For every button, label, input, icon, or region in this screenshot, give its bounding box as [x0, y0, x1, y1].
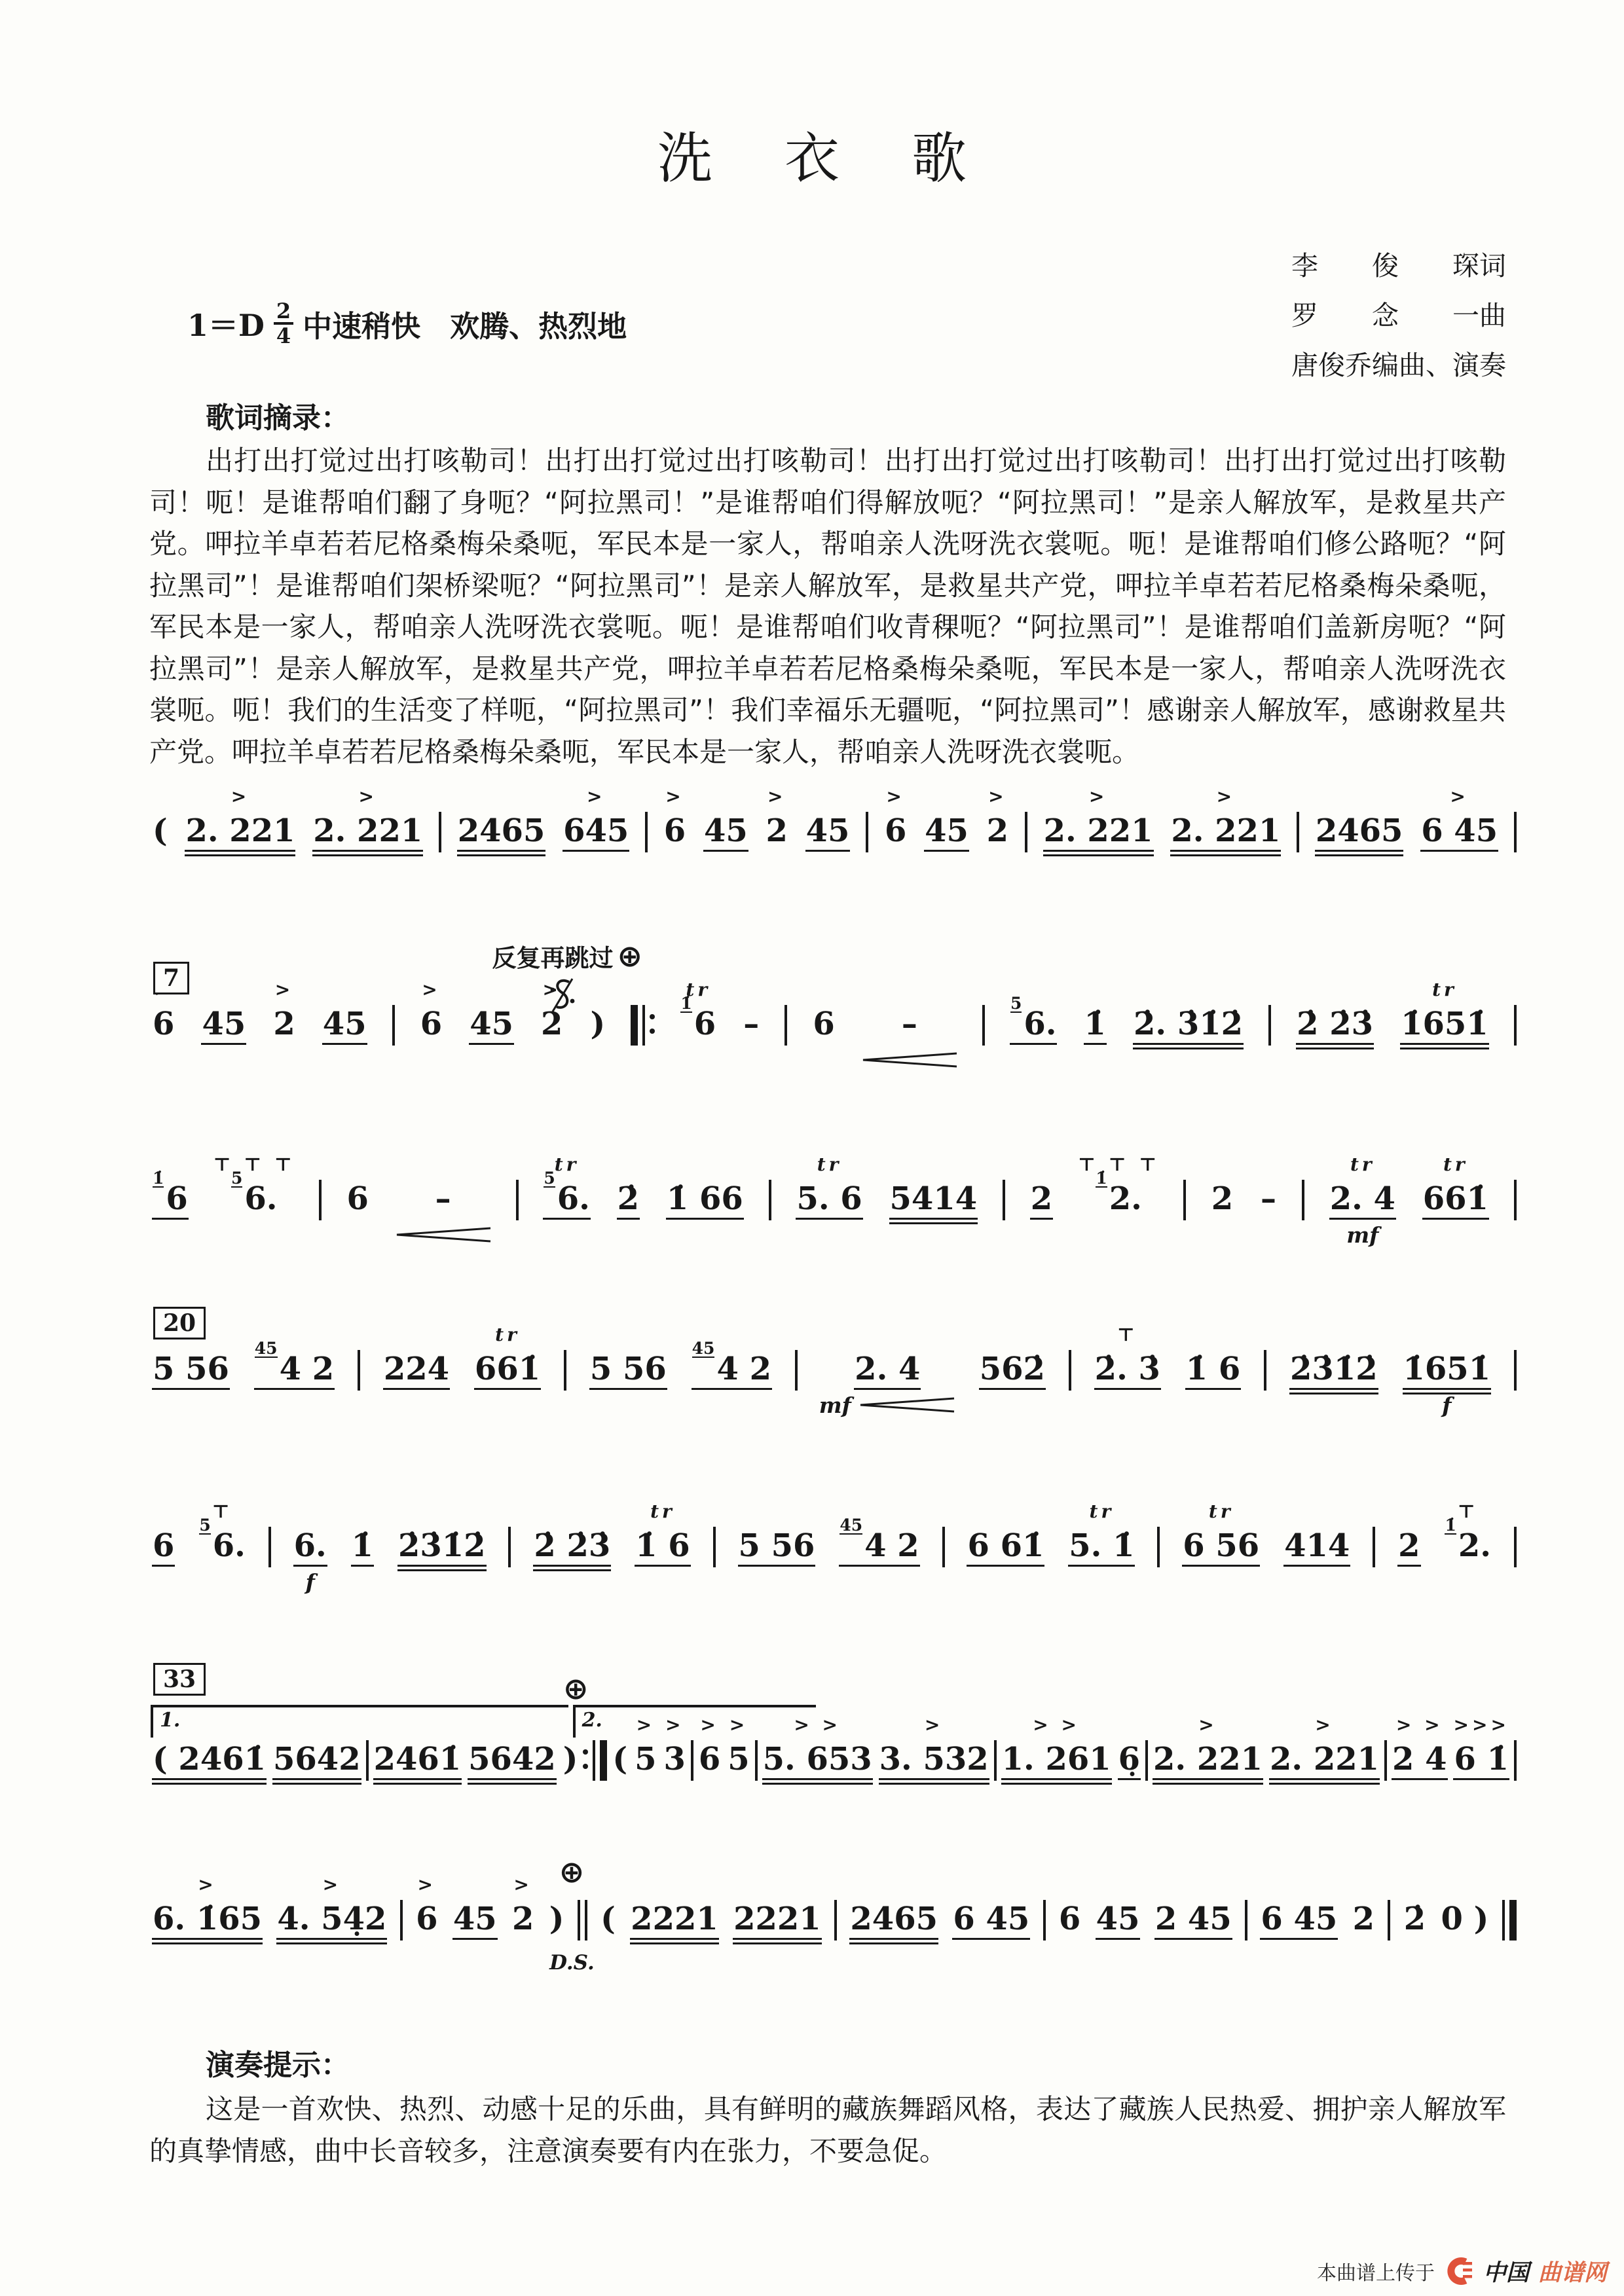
note-group: ⊤56. — [197, 1501, 248, 1595]
ornament-mark: > — [1450, 786, 1468, 812]
dynamic-mark — [1454, 1222, 1457, 1248]
dynamic-mark — [1418, 1782, 1421, 1808]
dynamic-mark — [932, 1222, 935, 1248]
note-text: 2 — [1209, 1181, 1235, 1222]
ornament-mark — [219, 979, 229, 1005]
music-line-6: 331.2.⊕ ( 2461̇ 5642 2461̇ 5642 ) ( >5 >… — [151, 1714, 1517, 1812]
note-group: 1̇6 — [151, 1154, 190, 1248]
music-line-2: 7反复再跳过⊕>6 45 >2 45 >6 45 >2 ) tr1̇6 – 6 … — [151, 979, 1517, 1077]
note-group: 2221 — [629, 1874, 720, 1968]
ornament-mark — [1442, 1324, 1452, 1350]
time-signature: 2 4 — [274, 300, 293, 347]
note-group: 2̇ — [616, 1154, 641, 1248]
crescendo-hairpin-icon — [858, 1396, 956, 1413]
dynamic-mark — [440, 1569, 443, 1595]
dynamic-mark — [1362, 1942, 1365, 1968]
note-text: 2 4 — [1390, 1741, 1449, 1782]
page-title: 洗衣歌 — [0, 115, 1624, 194]
note-text: 45 — [923, 813, 970, 854]
note-text: 6 61̇ — [965, 1528, 1046, 1569]
note-text: 5414 — [888, 1181, 980, 1222]
note-text: 2̇ — [616, 1181, 641, 1222]
ornament-mark: tr — [1350, 1154, 1375, 1180]
ornament-mark: > — [275, 979, 293, 1005]
note-group: 6.f — [292, 1501, 329, 1595]
ornament-mark: ⊤ ⊤ ⊤ — [213, 1154, 295, 1180]
note-group: 2̇ 2̇3̇ — [532, 1501, 612, 1595]
note-text: 56. — [1008, 1006, 1059, 1047]
ornament-mark — [1001, 1501, 1011, 1527]
note-group: >2. 221 — [1042, 786, 1155, 880]
barline-single — [1145, 1714, 1148, 1781]
dynamic-mark: mf — [819, 1392, 956, 1418]
ornament-mark — [727, 1324, 737, 1350]
dynamic-mark — [550, 1047, 553, 1073]
dynamic-mark — [282, 1047, 286, 1073]
note-group: 2 — [1029, 1154, 1054, 1248]
dynamic-mark — [775, 1942, 779, 1968]
ornament-mark — [496, 786, 506, 812]
note-text: 2̇ 2̇3̇ — [532, 1528, 612, 1569]
note-group: tr1̇ 6 — [633, 1501, 692, 1595]
note-text: 5. 6 — [794, 1181, 864, 1222]
note-text: 2 — [539, 1006, 564, 1047]
note-text: 5. 1̇ — [1067, 1528, 1136, 1569]
note-group: > >2 4 — [1390, 1714, 1449, 1808]
ornament-mark — [1329, 1324, 1338, 1350]
ornament-mark — [986, 1874, 996, 1900]
note-text: 2. 221 — [183, 813, 297, 854]
dynamic-text: f — [306, 1569, 315, 1595]
barline-single — [834, 1874, 837, 1941]
note-text: 2. 221 — [1268, 1741, 1381, 1782]
note-group: 2̇ — [1402, 1874, 1428, 1968]
note-text: 5. 653 — [761, 1741, 874, 1782]
note-group: 1̇ 6 — [1184, 1324, 1243, 1418]
repeat-instruction-text: 反复再跳过 — [492, 938, 614, 974]
ornament-mark: > — [418, 1874, 436, 1900]
dynamic-mark — [893, 1942, 896, 1968]
dynamic-mark — [1187, 1047, 1190, 1073]
grace-note: 1̇ — [1096, 1170, 1107, 1188]
dynamic-mark — [521, 1942, 525, 1968]
ornament-mark — [819, 979, 829, 1005]
dynamic-mark — [730, 1392, 733, 1418]
ornament-mark — [1294, 1874, 1304, 1900]
ornament-mark — [1354, 786, 1364, 812]
barline-single — [1264, 1324, 1266, 1391]
note-text: 2 — [985, 813, 1010, 854]
barline-single — [1297, 786, 1299, 852]
note-text: 6 — [1057, 1901, 1082, 1942]
note-group: tr1̇6 — [678, 979, 718, 1073]
note-text: – — [741, 1006, 761, 1047]
note-text: – — [434, 1181, 453, 1222]
repeat-instruction: 反复再跳过⊕ — [492, 938, 643, 974]
dynamic-mark — [1040, 1222, 1043, 1248]
barline-repstart — [631, 979, 655, 1046]
dynamic-mark — [238, 854, 242, 880]
dynamic-mark: mf — [1346, 1222, 1378, 1248]
ornament-mark: > — [587, 786, 605, 812]
note-text: 2. 221 — [1042, 813, 1155, 854]
note-text: ( — [151, 813, 170, 854]
ornament-mark — [593, 979, 603, 1005]
ornament-mark: tr — [1209, 1501, 1234, 1527]
note-text: 454 2 — [253, 1351, 336, 1392]
note-text: 45 — [1094, 1901, 1142, 1942]
note-group: ( — [151, 786, 170, 880]
note-text: ) — [589, 1006, 608, 1047]
ornament-mark — [623, 1154, 633, 1180]
ornament-mark — [305, 1501, 315, 1527]
barline-single — [982, 979, 985, 1046]
ornament-mark — [747, 979, 756, 1005]
dynamic-mark — [206, 1942, 209, 1968]
note-text: 454 2 — [690, 1351, 773, 1392]
ornament-mark: tr — [650, 1501, 675, 1527]
note-group: tr661̇ — [1421, 1154, 1490, 1248]
dynamic-mark: f — [306, 1569, 315, 1595]
crescendo-hairpin-icon — [394, 1226, 492, 1243]
note-group: tr56. — [542, 1154, 592, 1248]
note-group: – — [741, 979, 761, 1073]
barline-single — [1373, 1501, 1375, 1567]
note-group: >2 — [985, 786, 1010, 880]
measure-number-label: 7 — [153, 962, 189, 994]
note-group: >>>6 1̇ — [1452, 1714, 1511, 1808]
dynamic-mark — [569, 1782, 572, 1808]
note-text: 3. 532 — [877, 1741, 991, 1782]
grace-note: 1̇ — [680, 995, 692, 1013]
watermark: 本曲谱上传于 中国 曲谱网 — [1317, 2255, 1607, 2287]
barline-single — [1245, 1874, 1247, 1941]
dynamic-mark — [500, 854, 503, 880]
dynamic-mark — [1211, 1392, 1215, 1418]
dynamic-mark — [860, 1047, 959, 1073]
dynamic-mark — [822, 1047, 826, 1073]
note-group: 2̇3̇1̇2̇ — [396, 1501, 488, 1595]
note-group: >645 — [561, 786, 631, 880]
note-text: 2461̇ — [372, 1741, 464, 1782]
ornament-mark — [823, 786, 833, 812]
barline-single — [1069, 1324, 1071, 1391]
ornament-mark — [437, 1501, 447, 1527]
ornament-mark — [1037, 1154, 1046, 1180]
dynamic-mark — [208, 1782, 211, 1808]
ornament-mark — [1264, 1154, 1274, 1180]
notation-row: 6 ⊤56. 6.f 1̇ 2̇3̇1̇2̇ 2̇ 2̇3̇ tr1̇ 6 5 … — [151, 1501, 1517, 1595]
barline-single — [795, 1324, 798, 1391]
note-text: 2 — [510, 1901, 536, 1942]
tempo-line: 1＝D 2 4 中速稍快 欢腾、热烈地 — [187, 300, 627, 347]
credit-lyricist: 李 俊 琛词 — [1291, 241, 1506, 291]
note-group: tr661̇ — [473, 1324, 542, 1418]
note-group: >4. 54̣2 — [275, 1874, 388, 1968]
ornament-mark: ⊤ — [1458, 1501, 1479, 1527]
ornament-mark — [487, 979, 496, 1005]
ornament-mark — [1460, 1874, 1470, 1900]
note-group: 6 61̇ — [965, 1501, 1046, 1595]
note-text: 6 — [344, 1181, 370, 1222]
dynamic-mark — [596, 1047, 599, 1073]
credit-composer: 罗 念 一曲 — [1291, 291, 1506, 340]
note-text: 6 45 — [1259, 1901, 1339, 1942]
note-text: 6. — [292, 1528, 329, 1569]
note-group: 6 — [1057, 1874, 1082, 1968]
ornament-mark — [358, 1501, 367, 1527]
note-group: 224 — [382, 1324, 451, 1418]
dynamic-mark — [1443, 1047, 1446, 1073]
dynamic-mark — [1332, 1392, 1335, 1418]
ornament-mark — [158, 1501, 168, 1527]
barline-single — [1043, 1874, 1046, 1941]
ornament-mark: > — [198, 1874, 216, 1900]
dynamic-mark — [222, 1047, 225, 1073]
dynamic-mark — [343, 1047, 346, 1073]
note-text: 45 — [200, 1006, 248, 1047]
dynamic-mark — [1004, 1569, 1007, 1595]
barline-single — [1268, 979, 1271, 1046]
ornament-mark — [1029, 979, 1039, 1005]
ornament-mark — [353, 1154, 363, 1180]
dynamic-mark — [606, 1942, 610, 1968]
barline-single — [1183, 1154, 1186, 1220]
note-text: 4. 54̣2 — [275, 1901, 388, 1942]
grace-note: 45 — [255, 1340, 278, 1358]
note-group: >2. 221 — [183, 786, 297, 880]
music-line-4: 20 5 56 454 2 224 tr661̇ 5 56 454 2 2. 4… — [151, 1324, 1517, 1422]
note-group: 6̣ — [1116, 1714, 1142, 1808]
notation-row: >6 45 >2 45 >6 45 >2 ) tr1̇6 – 6 – 56. 1… — [151, 979, 1517, 1073]
note-text: 1̇2. — [1443, 1528, 1493, 1569]
note-group: 45 — [702, 786, 750, 880]
note-group: 45 — [321, 979, 369, 1073]
dynamic-mark — [989, 1942, 993, 1968]
ornament-mark: ⊤ — [212, 1501, 233, 1527]
dynamic-mark — [1224, 854, 1227, 880]
note-text: 2̇3̇1̇2̇ — [1288, 1351, 1380, 1392]
note-group: ⊤2̇. 3̇ — [1093, 1324, 1162, 1418]
dynamic-mark — [1128, 1782, 1131, 1808]
dynamic-mark — [1407, 1569, 1411, 1595]
note-text: 6 — [151, 1006, 176, 1047]
dynamic-mark — [473, 1942, 477, 1968]
ornament-mark: > > — [1033, 1714, 1080, 1740]
note-group: 1̇ — [1082, 979, 1108, 1073]
note-text: 5 — [726, 1741, 751, 1782]
note-group: 2 — [1351, 1874, 1376, 1968]
notation-row: 5 56 454 2 224 tr661̇ 5 56 454 2 2. 4mf … — [151, 1324, 1517, 1418]
note-group: 2̇3̇1̇2̇ — [1288, 1324, 1380, 1418]
barline-single — [358, 1324, 360, 1391]
note-text: 661̇ — [1421, 1181, 1490, 1222]
barline-single — [1514, 1324, 1517, 1391]
dynamic-mark — [162, 1047, 165, 1073]
note-text: 2 — [1351, 1901, 1376, 1942]
ornament-mark: > — [925, 1714, 943, 1740]
note-group: – — [1259, 1154, 1278, 1248]
barline-single — [508, 1501, 511, 1567]
credits-block: 李 俊 琛词 罗 念 一曲 唐俊乔编曲、演奏 — [1291, 241, 1506, 390]
note-text: 414 — [1282, 1528, 1352, 1569]
ornament-mark: tr — [1443, 1154, 1468, 1180]
note-text: 2. 221 — [1169, 813, 1282, 854]
barline-single — [1384, 1714, 1387, 1781]
note-group: tr6 56 — [1181, 1501, 1261, 1595]
note-group: 5 56 — [737, 1501, 817, 1595]
ornament-mark — [670, 1874, 680, 1900]
dynamic-mark — [1221, 1222, 1224, 1248]
note-text: 6 45 — [1419, 813, 1500, 854]
notation-row: ( >2. 221 >2. 221 2465 >645 >6 45 >2 45 … — [151, 786, 1517, 880]
ornament-mark — [155, 786, 165, 812]
dynamic-mark — [1117, 1222, 1120, 1248]
volta-1-bracket: 1. — [151, 1705, 568, 1738]
ornament-mark — [904, 979, 914, 1005]
ornament-mark: tr — [817, 1154, 842, 1180]
ornament-mark — [772, 1501, 782, 1527]
note-text: 6 — [883, 813, 908, 854]
note-group: 45 — [1094, 1874, 1142, 1968]
dynamic-mark — [1316, 1569, 1319, 1595]
ornament-mark: > — [988, 786, 1006, 812]
barline-single — [645, 786, 648, 852]
note-group: >2. 221 — [1268, 1714, 1381, 1808]
note-text: 1̇2. — [1094, 1181, 1144, 1222]
dynamic-mark — [816, 1782, 819, 1808]
note-text: 2465 — [848, 1901, 940, 1942]
note-group: 454 2 — [838, 1501, 921, 1595]
note-group: ) — [589, 979, 608, 1073]
note-group: 2 — [1209, 1154, 1235, 1248]
dynamic-mark — [627, 1222, 630, 1248]
ornament-mark — [1124, 1714, 1134, 1740]
note-group: ⊤ ⊤ ⊤56. — [213, 1154, 295, 1248]
dynamic-mark — [828, 1222, 831, 1248]
lyrics-heading: 歌词摘录： — [206, 394, 350, 436]
barline-single — [942, 1501, 945, 1567]
music-line-7: ⊕D.S.>6. 1̇65 >4. 54̣2 >6 45 >2 ) ( 2221… — [151, 1874, 1517, 1972]
note-text: 5642 — [271, 1741, 363, 1782]
coda-icon: ⊕ — [618, 938, 643, 974]
note-group: >2 — [271, 979, 297, 1073]
ornament-mark — [412, 1324, 422, 1350]
ornament-mark: > — [767, 786, 786, 812]
barline-single — [1003, 1154, 1005, 1220]
note-text: 3 — [662, 1741, 688, 1782]
ornament-mark — [1065, 1874, 1075, 1900]
note-text: – — [1259, 1181, 1278, 1222]
note-group: 5 56 — [588, 1324, 669, 1418]
dynamic-mark — [618, 1782, 621, 1808]
notation-row: >6. 1̇65 >4. 54̣2 >6 45 >2 ) ( 2221 2221… — [151, 1874, 1517, 1968]
dynamic-mark — [430, 1047, 433, 1073]
dynamic-mark: f — [1442, 1392, 1451, 1418]
note-text: 5 — [633, 1741, 658, 1782]
note-group: >2 — [764, 786, 790, 880]
dynamic-mark — [162, 1569, 165, 1595]
dynamic-mark — [1463, 1942, 1466, 1968]
dynamic-mark — [996, 854, 999, 880]
ornament-mark — [1208, 1324, 1218, 1350]
note-group: tr2. 4mf — [1328, 1154, 1397, 1248]
note-text: 2 45 — [1153, 1901, 1234, 1942]
note-text: 2̇. 3̇ — [1093, 1351, 1162, 1392]
ornament-mark — [883, 1324, 893, 1350]
note-text: 1̇ — [350, 1528, 375, 1569]
note-group: 414 — [1282, 1501, 1352, 1595]
dynamic-mark — [945, 854, 948, 880]
note-text: 6. 1̇65 — [151, 1901, 264, 1942]
dynamic-mark — [894, 854, 897, 880]
note-group: 2221 — [731, 1874, 823, 1968]
note-text: 2. 221 — [1151, 1741, 1264, 1782]
dynamic-mark — [1219, 1569, 1223, 1595]
note-text: 2221 — [731, 1901, 823, 1942]
note-text: 45 — [468, 1006, 515, 1047]
barline-single — [1388, 1874, 1390, 1941]
grace-note: 5 — [231, 1170, 242, 1188]
ornament-mark — [773, 1874, 783, 1900]
note-text: 0 ) — [1439, 1901, 1491, 1942]
note-group: >6. 1̇65 — [151, 1874, 264, 1968]
ornament-mark: > — [323, 1874, 341, 1900]
dynamic-mark — [1206, 1782, 1209, 1808]
note-text: 5 56 — [151, 1351, 231, 1392]
music-line-3: 1̇6 ⊤ ⊤ ⊤56. 6 –tr56. 2̇ 1̇ 66 tr5. 6 54… — [151, 1154, 1517, 1252]
note-group: 2 — [1396, 1501, 1422, 1595]
tempo-text: 中速稍快 欢腾、热烈地 — [303, 302, 627, 345]
barline-final — [1502, 1874, 1517, 1941]
note-text: ( — [599, 1901, 618, 1942]
note-text: 6 — [662, 813, 688, 854]
note-group: 1̇ — [350, 1501, 375, 1595]
dynamic-mark — [1466, 1569, 1469, 1595]
dynamic-mark — [1055, 1782, 1058, 1808]
dynamic-mark — [627, 1392, 630, 1418]
music-line-1: ( >2. 221 >2. 221 2465 >645 >6 45 >2 45 … — [151, 786, 1517, 884]
dynamic-mark — [315, 1782, 318, 1808]
dynamic-mark — [1333, 1047, 1337, 1073]
key-signature: 1＝D — [187, 302, 265, 345]
note-text: 1̇ — [1082, 1006, 1108, 1047]
ornament-mark: > > — [1396, 1714, 1443, 1740]
note-group: 2465 — [1314, 786, 1405, 880]
barline-single — [439, 786, 441, 852]
dynamic-mark — [366, 854, 369, 880]
dynamic-mark — [356, 1222, 360, 1248]
ornament-mark — [1404, 1501, 1414, 1527]
dynamic-mark — [775, 854, 779, 880]
dynamic-mark — [565, 1222, 568, 1248]
dynamic-mark — [1116, 1942, 1120, 1968]
note-group: 6 45 — [951, 1874, 1031, 1968]
ornament-mark — [875, 1501, 885, 1527]
note-group: >6 — [414, 1874, 439, 1968]
ornament-mark: tr — [555, 1154, 580, 1180]
dynamic-mark — [595, 854, 598, 880]
note-text: 2. 4 — [853, 1351, 922, 1392]
note-text: 56. — [542, 1181, 592, 1222]
volta-2-label: 2. — [582, 1709, 602, 1732]
barline-single — [268, 1501, 271, 1567]
barline-single — [564, 1324, 566, 1391]
barline-single — [866, 786, 868, 852]
note-group: 454 2 — [690, 1324, 773, 1418]
note-text: 2465 — [1314, 813, 1405, 854]
sheet-music-page: 洗衣歌 李 俊 琛词 罗 念 一曲 唐俊乔编曲、演奏 1＝D 2 4 中速稍快 … — [0, 0, 1624, 2296]
